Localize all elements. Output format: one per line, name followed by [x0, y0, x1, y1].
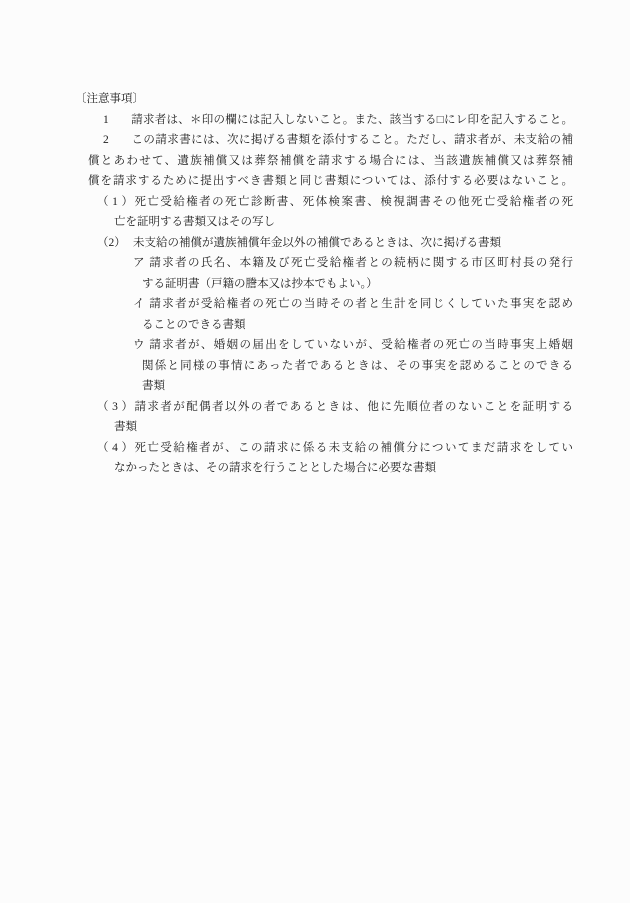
note-2-2-u-cont-2: 書類 [142, 376, 630, 397]
note-2-2-a-text: 請求者の氏名、本籍及び死亡受給権者との続柄に関する市区町村長の発行 [148, 257, 573, 269]
note-2-2-u: ウ請求者が、婚姻の届出をしていないが、受給権者の死亡の当時事実上婚姻 [133, 335, 573, 356]
notes-heading: 〔注意事項〕 [75, 89, 630, 110]
note-2-4-cont: なかったときは、その請求を行うこととした場合に必要な書類 [114, 458, 630, 479]
note-2-1: （1）死亡受給権者の死亡診断書、死体検案書、検視調書その他死亡受給権者の死 [97, 192, 573, 213]
note-2-2: （2）未支給の補償が遺族補償年金以外の補償であるときは、次に掲げる書類 [97, 233, 630, 254]
note-2-cont-2: 償を請求するために提出すべき書類と同じ書類については、添付する必要はないこと。 [88, 171, 573, 192]
note-2: 2この請求書には、次に掲げる書類を添付すること。ただし、請求者が、未支給の補 [103, 130, 573, 151]
note-2-4-text: 死亡受給権者が、この請求に係る未支給の補償分についてまだ請求をしてい [133, 442, 573, 454]
note-2-3: （3）請求者が配偶者以外の者であるときは、他に先順位者のないことを証明する [97, 397, 573, 418]
note-2-2-text: 未支給の補償が遺族補償年金以外の補償であるときは、次に掲げる書類 [133, 237, 501, 249]
note-2-text: この請求書には、次に掲げる書類を添付すること。ただし、請求者が、未支給の補 [131, 134, 573, 146]
note-2-2-a-marker: ア [133, 253, 148, 274]
note-2-2-u-cont-1: 関係と同様の事情にあった者であるときは、その事実を認めることのできる [142, 356, 573, 377]
note-2-1-cont: 亡を証明する書類又はその写し [114, 212, 630, 233]
note-2-1-marker: （1） [97, 192, 133, 213]
note-2-4-marker: （4） [97, 438, 133, 459]
note-2-2-i-cont: ることのできる書類 [142, 315, 630, 336]
note-2-3-marker: （3） [97, 397, 133, 418]
document-page: 〔注意事項〕 1請求者は、＊印の欄には記入しないこと。また、該当する□にレ印を記… [0, 0, 630, 903]
note-2-3-text: 請求者が配偶者以外の者であるときは、他に先順位者のないことを証明する [133, 401, 573, 413]
note-2-2-u-text: 請求者が、婚姻の届出をしていないが、受給権者の死亡の当時事実上婚姻 [148, 339, 573, 351]
note-2-3-cont: 書類 [114, 417, 630, 438]
note-2-cont-1: 償とあわせて、遺族補償又は葬祭補償を請求する場合には、当該遺族補償又は葬祭補 [88, 151, 573, 172]
note-2-2-i-marker: イ [133, 294, 148, 315]
note-1-marker: 1 [103, 110, 131, 131]
note-2-2-a-cont: する証明書（戸籍の謄本又は抄本でもよい。） [142, 274, 630, 295]
note-2-2-i-text: 請求者が受給権者の死亡の当時その者と生計を同じくしていた事実を認め [148, 298, 573, 310]
note-2-4: （4）死亡受給権者が、この請求に係る未支給の補償分についてまだ請求をしてい [97, 438, 573, 459]
note-2-2-i: イ請求者が受給権者の死亡の当時その者と生計を同じくしていた事実を認め [133, 294, 573, 315]
note-2-2-marker: （2） [97, 233, 133, 254]
note-1-text: 請求者は、＊印の欄には記入しないこと。また、該当する□にレ印を記入すること。 [131, 114, 573, 126]
note-2-1-text: 死亡受給権者の死亡診断書、死体検案書、検視調書その他死亡受給権者の死 [133, 196, 573, 208]
note-2-marker: 2 [103, 130, 131, 151]
note-2-2-a: ア請求者の氏名、本籍及び死亡受給権者との続柄に関する市区町村長の発行 [133, 253, 573, 274]
note-2-2-u-marker: ウ [133, 335, 148, 356]
note-1: 1請求者は、＊印の欄には記入しないこと。また、該当する□にレ印を記入すること。 [103, 110, 573, 131]
